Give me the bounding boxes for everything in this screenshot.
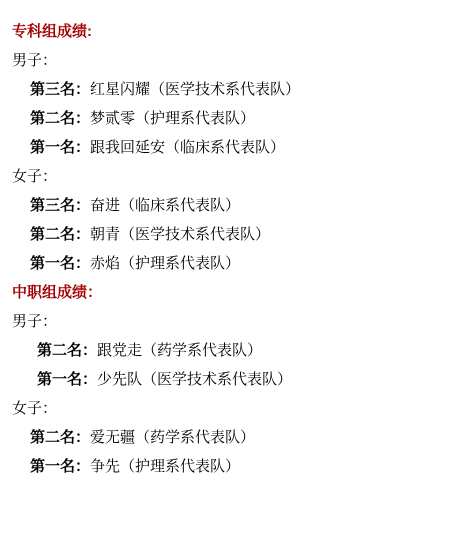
team-name: 争先 [90, 458, 120, 475]
rank-label: 第三名： [30, 81, 90, 98]
result-line: 第一名：跟我回延安（临床系代表队） [12, 133, 448, 162]
team-department: （药学系代表队） [142, 342, 262, 359]
section-title-zhongzhi: 中职组成绩： [12, 278, 448, 307]
team-name: 红星闪耀 [90, 81, 150, 98]
team-name: 朝青 [90, 226, 120, 243]
team-name: 跟党走 [97, 342, 142, 359]
result-line: 第一名：争先（护理系代表队） [12, 452, 448, 481]
result-line: 第一名：少先队（医学技术系代表队） [12, 365, 448, 394]
result-line: 第三名：红星闪耀（医学技术系代表队） [12, 75, 448, 104]
rank-label: 第一名： [37, 371, 97, 388]
rank-label: 第二名： [30, 429, 90, 446]
result-line: 第一名：赤焰（护理系代表队） [12, 249, 448, 278]
team-department: （医学技术系代表队） [120, 226, 270, 243]
rank-label: 第二名： [30, 110, 90, 127]
rank-label: 第一名： [30, 139, 90, 156]
team-department: （医学技术系代表队） [150, 81, 300, 98]
team-department: （护理系代表队） [135, 110, 255, 127]
team-name: 奋进 [90, 197, 120, 214]
rank-label: 第二名： [37, 342, 97, 359]
rank-label: 第二名： [30, 226, 90, 243]
group-label-zhongzhi-female: 女子： [12, 394, 448, 423]
results-document: 专科组成绩: 男子： 第三名：红星闪耀（医学技术系代表队） 第二名：梦贰零（护理… [0, 0, 456, 534]
team-department: （护理系代表队） [120, 255, 240, 272]
team-department: （药学系代表队） [135, 429, 255, 446]
result-line: 第二名：跟党走（药学系代表队） [12, 336, 448, 365]
team-department: （临床系代表队） [120, 197, 240, 214]
group-label-zhuanke-male: 男子： [12, 46, 448, 75]
team-name: 少先队 [97, 371, 142, 388]
team-name: 爱无疆 [90, 429, 135, 446]
result-line: 第二名：梦贰零（护理系代表队） [12, 104, 448, 133]
team-name: 赤焰 [90, 255, 120, 272]
result-line: 第三名：奋进（临床系代表队） [12, 191, 448, 220]
team-department: （医学技术系代表队） [142, 371, 292, 388]
rank-label: 第一名： [30, 458, 90, 475]
section-title-zhuanke: 专科组成绩: [12, 17, 448, 46]
team-department: （护理系代表队） [120, 458, 240, 475]
group-label-zhongzhi-male: 男子： [12, 307, 448, 336]
rank-label: 第一名： [30, 255, 90, 272]
rank-label: 第三名： [30, 197, 90, 214]
team-name: 梦贰零 [90, 110, 135, 127]
team-name: 跟我回延安 [90, 139, 165, 156]
team-department: （临床系代表队） [165, 139, 285, 156]
group-label-zhuanke-female: 女子： [12, 162, 448, 191]
result-line: 第二名：爱无疆（药学系代表队） [12, 423, 448, 452]
result-line: 第二名：朝青（医学技术系代表队） [12, 220, 448, 249]
